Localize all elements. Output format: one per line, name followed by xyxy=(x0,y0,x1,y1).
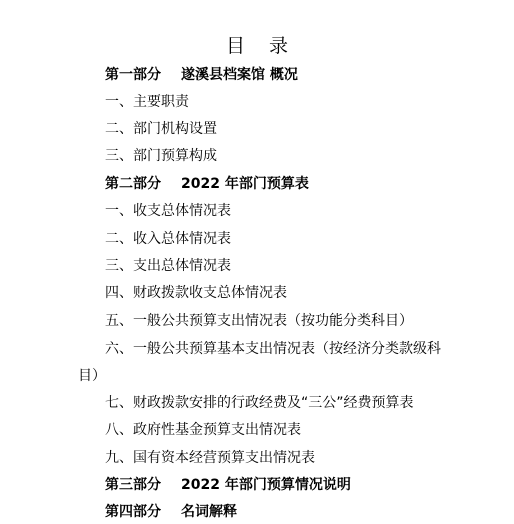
toc-item-state-capital-budget[interactable]: 九、国有资本经营预算支出情况表 xyxy=(105,447,315,469)
toc-part-3[interactable]: 第三部分2022 年部门预算情况说明 xyxy=(105,474,351,496)
toc-item-expenditure-overview[interactable]: 三、支出总体情况表 xyxy=(105,255,231,277)
toc-part-1[interactable]: 第一部分遂溪县档案馆 概况 xyxy=(105,64,298,86)
toc-part-4[interactable]: 第四部分名词解释 xyxy=(105,501,237,523)
part-label: 第一部分 xyxy=(105,67,161,83)
toc-part-2[interactable]: 第二部分2022 年部门预算表 xyxy=(105,173,309,195)
part-title: 名词解释 xyxy=(181,504,237,520)
toc-item-revenue-overview[interactable]: 二、收入总体情况表 xyxy=(105,228,231,250)
toc-item-main-duties[interactable]: 一、主要职责 xyxy=(105,91,189,113)
toc-item-wrap-continuation[interactable]: 目） xyxy=(78,365,106,387)
toc-item-general-budget-basic-by-economic[interactable]: 六、一般公共预算基本支出情况表（按经济分类款级科 xyxy=(105,338,441,360)
toc-item-government-fund-budget[interactable]: 八、政府性基金预算支出情况表 xyxy=(105,419,301,441)
toc-item-budget-composition[interactable]: 三、部门预算构成 xyxy=(105,145,217,167)
toc-item-org-setup[interactable]: 二、部门机构设置 xyxy=(105,118,217,140)
part-title: 遂溪县档案馆 概况 xyxy=(181,67,298,83)
part-title: 2022 年部门预算情况说明 xyxy=(181,477,351,493)
toc-item-revenue-expenditure-overview[interactable]: 一、收支总体情况表 xyxy=(105,200,231,222)
toc-title: 目 录 xyxy=(0,34,514,58)
part-label: 第二部分 xyxy=(105,176,161,192)
toc-item-admin-three-public-expenses[interactable]: 七、财政拨款安排的行政经费及“三公”经费预算表 xyxy=(105,392,414,414)
toc-item-general-budget-by-function[interactable]: 五、一般公共预算支出情况表（按功能分类科目） xyxy=(105,310,413,332)
document-page: 目 录 第一部分遂溪县档案馆 概况 一、主要职责 二、部门机构设置 三、部门预算… xyxy=(0,0,514,524)
part-label: 第三部分 xyxy=(105,477,161,493)
toc-item-fiscal-appropriation-overview[interactable]: 四、财政拨款收支总体情况表 xyxy=(105,282,287,304)
part-title: 2022 年部门预算表 xyxy=(181,176,309,192)
part-label: 第四部分 xyxy=(105,504,161,520)
